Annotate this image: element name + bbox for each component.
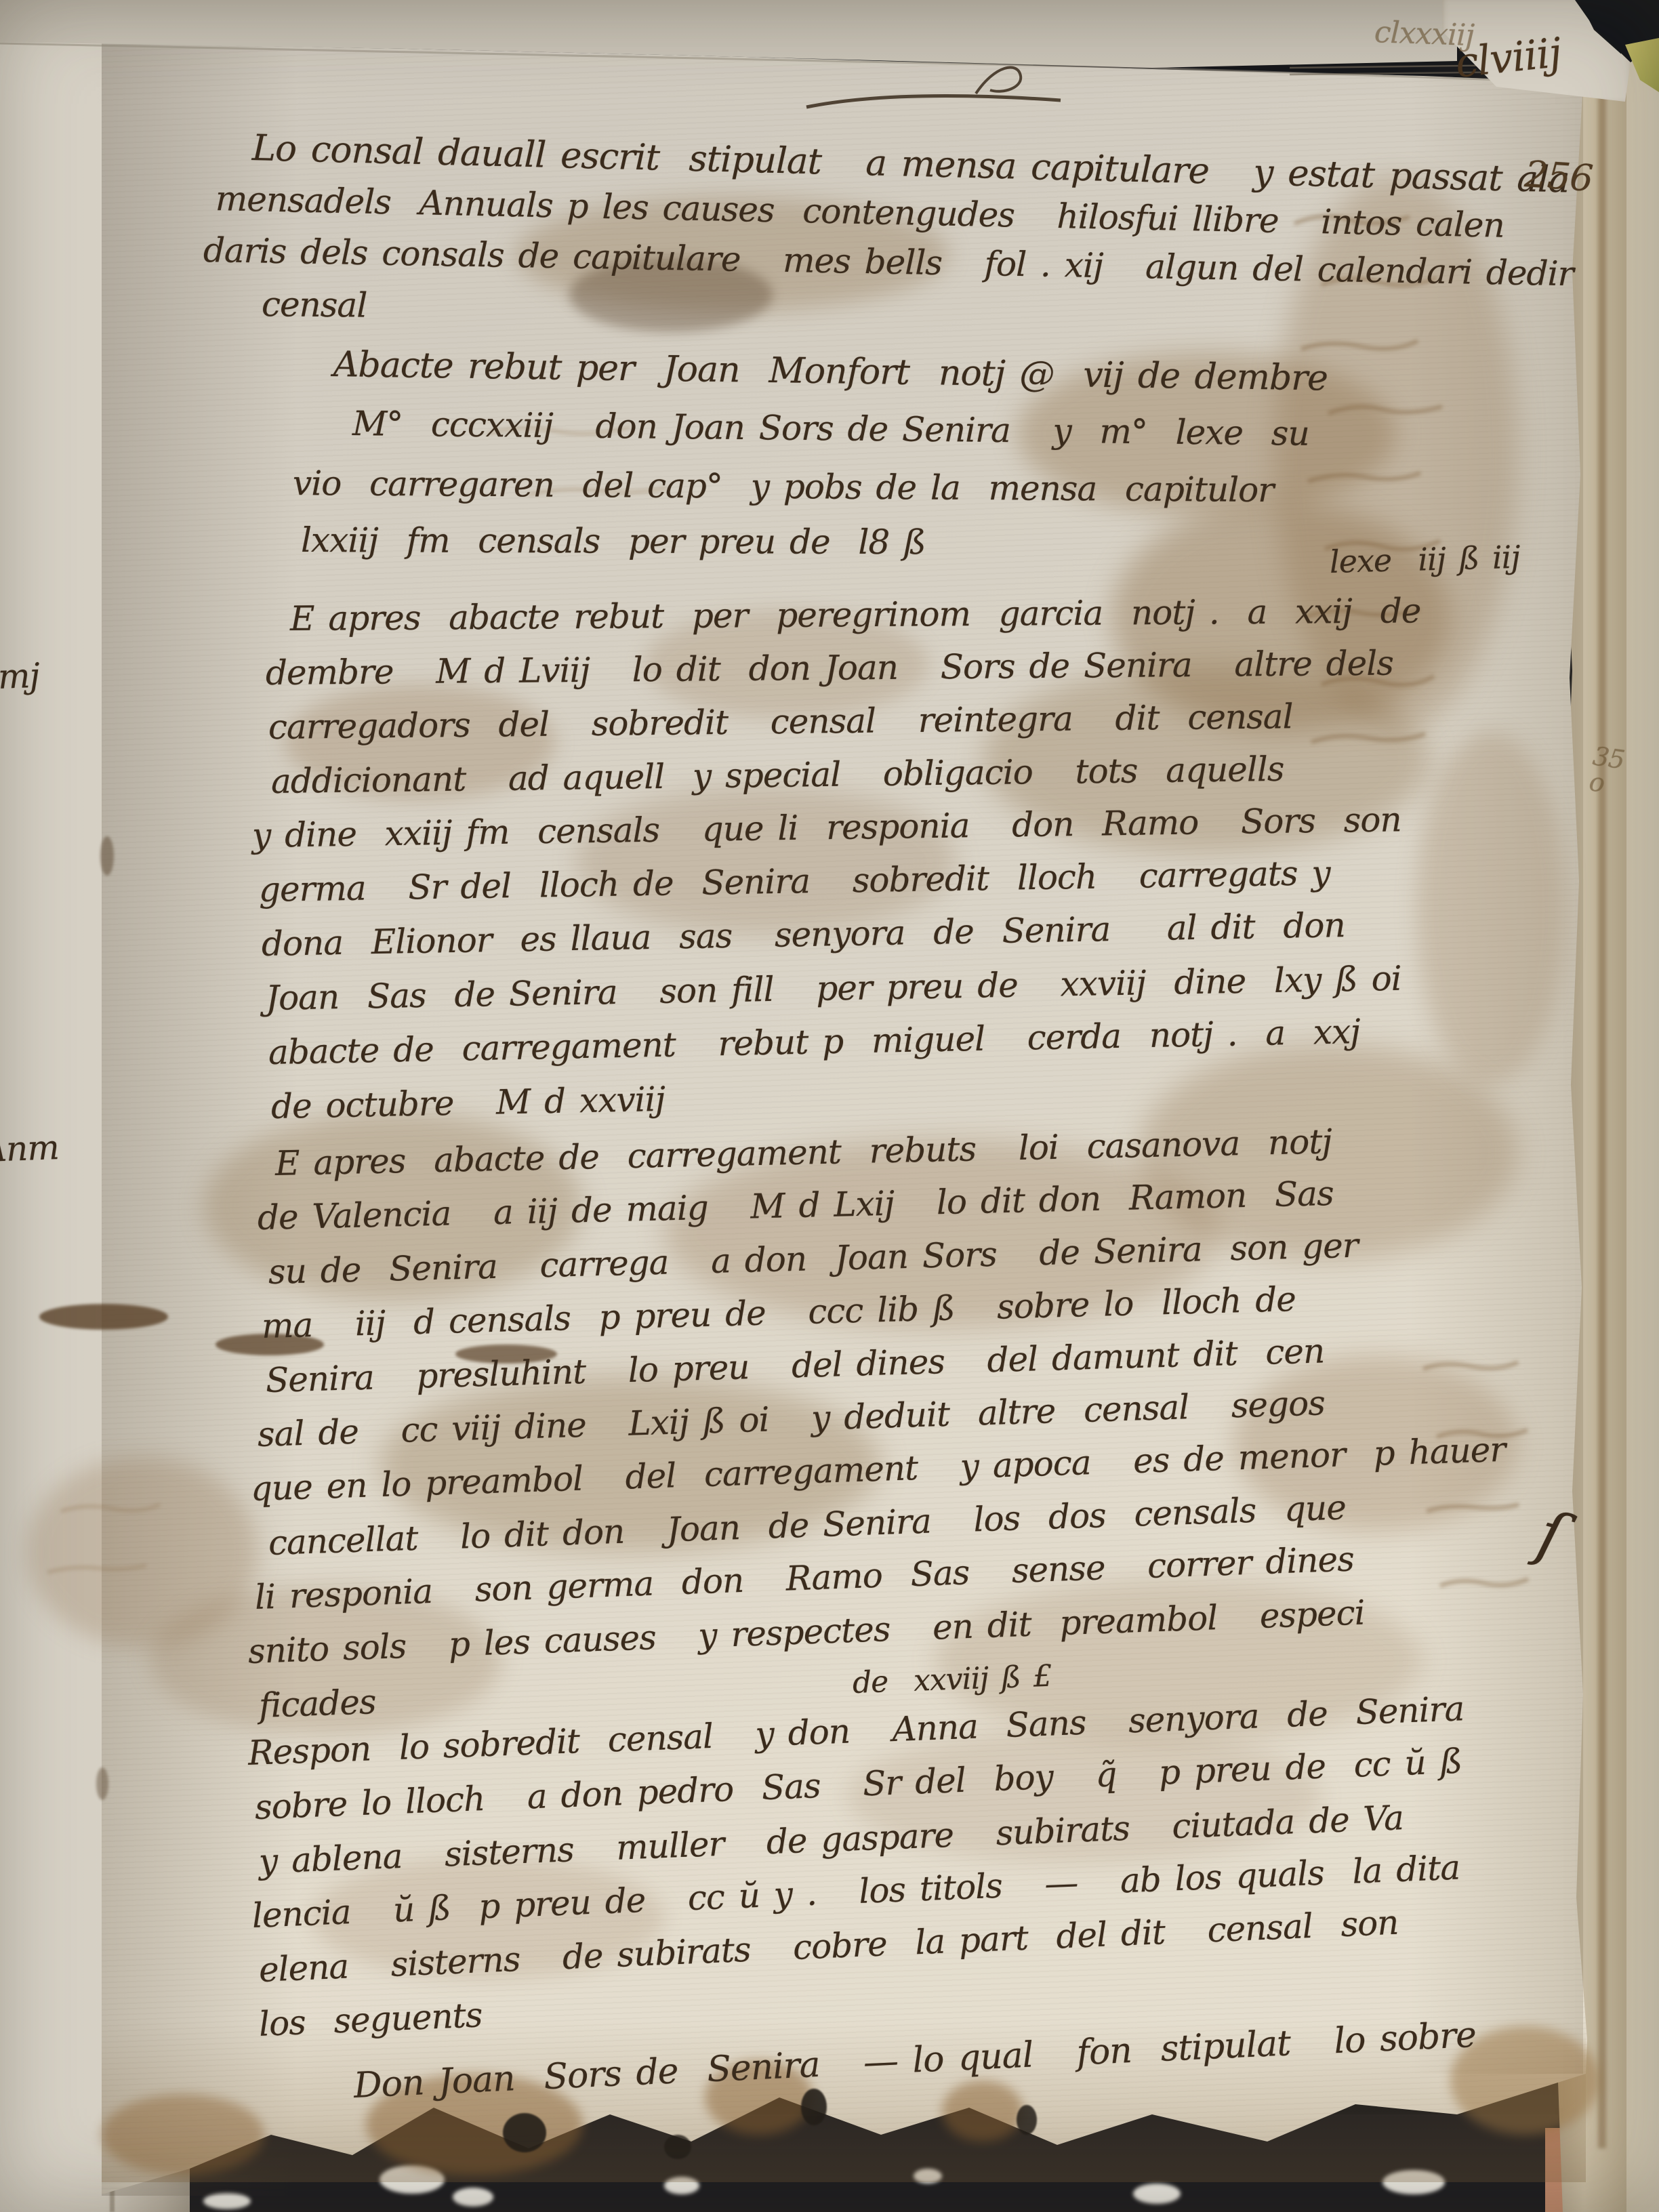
text-line: ficades (258, 1685, 376, 1723)
page-number: 256 (1523, 156, 1594, 197)
text-line: los seguents (258, 1998, 483, 2041)
text-line: lxxiij fm censals per preu de l8 ß (301, 523, 926, 559)
margin-amount-note: lexe iij ß iij (1329, 541, 1520, 577)
text-line: M° cccxxiij don Joan Sors de Senira y m°… (352, 407, 1309, 451)
ink-bleedthrough-squiggles (1294, 216, 1528, 1586)
text-line: de octubre M d xxviij (271, 1082, 665, 1124)
folio-number-current: clviiij (1454, 33, 1563, 84)
text-line: vio carregaren del cap° y pobs de la men… (293, 466, 1273, 507)
pen-flourish (806, 96, 1061, 107)
text-line: censal (262, 287, 367, 323)
text-line: carregadors del sobredit censal reintegr… (268, 699, 1293, 744)
facing-page-text-fragment: bmj (0, 659, 40, 695)
facing-page-text-fragment: Anm (0, 1130, 60, 1167)
manuscript-photo: { "palette":{"paper":"#ddd6c8","ink":"#3… (0, 0, 1659, 2212)
pen-flourish (976, 67, 1021, 94)
interlinear-amount: de xxviij ß £ (852, 1662, 1052, 1698)
text-line: dembre M d Lviij lo dit don Joan Sors de… (266, 646, 1393, 690)
text-line: E apres abacte rebut per peregrinom garc… (290, 594, 1421, 636)
